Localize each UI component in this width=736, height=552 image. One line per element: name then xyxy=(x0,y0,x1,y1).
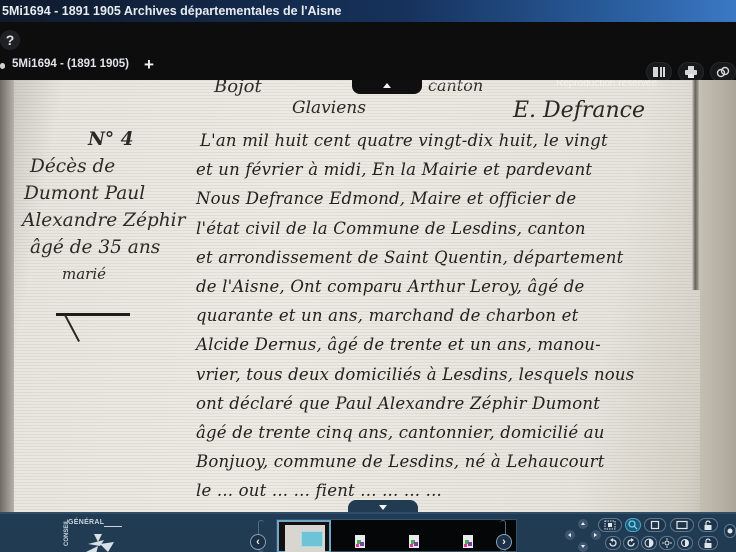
record-line: Bonjuoy, commune de Lesdins, né à Lehauc… xyxy=(196,447,696,476)
add-tab-button[interactable]: + xyxy=(144,55,154,75)
document-image-viewer[interactable]: Bojot canton Reproduction réservée Repro… xyxy=(0,80,736,512)
rotate-right-button[interactable] xyxy=(623,536,639,550)
margin-rule xyxy=(56,313,130,316)
record-line: et arrondissement de Saint Quentin, dépa… xyxy=(196,243,696,272)
link-icon xyxy=(716,66,730,78)
handwritten-record: L'an mil huit cent quatre vingt-dix huit… xyxy=(196,126,696,506)
record-line: le ... out ... ... fient ... ... ... ... xyxy=(196,476,696,505)
lock-view-button[interactable] xyxy=(698,518,718,532)
page-edge xyxy=(0,80,14,512)
viewport-indicator xyxy=(301,531,323,547)
logo-line xyxy=(104,526,122,527)
tab-status-icon xyxy=(0,63,5,69)
fit-width-icon xyxy=(675,520,689,530)
help-button[interactable]: ? xyxy=(0,30,20,50)
header-left-name: Glaviens xyxy=(292,98,366,118)
top-fragment-left: Bojot xyxy=(214,80,262,97)
zoom-button[interactable] xyxy=(625,518,641,532)
brightness-button[interactable] xyxy=(659,536,675,550)
record-line: de l'Aisne, Ont comparu Arthur Leroy, âg… xyxy=(196,272,696,301)
tab-register-5mi1694[interactable]: 5Mi1694 - (1891 1905) xyxy=(12,58,129,70)
margin-line: marié xyxy=(22,261,192,288)
caret-down-icon xyxy=(379,505,387,510)
pan-control xyxy=(563,519,603,552)
link-button[interactable] xyxy=(710,62,736,82)
record-line: Alcide Dernus, âgé de trente et un ans, … xyxy=(196,330,696,359)
margin-line: Dumont Paul xyxy=(22,180,192,207)
caret-up-icon xyxy=(383,83,391,88)
margin-line: âgé de 35 ans xyxy=(22,234,192,261)
invert-colors-button[interactable] xyxy=(677,536,693,550)
previous-page-button[interactable]: ‹ xyxy=(250,534,266,550)
header-signature: E. Defrance xyxy=(513,98,645,123)
thumbnail-strip xyxy=(276,519,517,552)
aisne-logo-icon xyxy=(84,532,118,552)
record-line: ont déclaré que Paul Alexandre Zéphir Du… xyxy=(196,389,696,418)
invert-icon xyxy=(680,538,690,548)
selection-zoom-icon xyxy=(604,520,616,530)
pan-left-button[interactable] xyxy=(565,530,575,540)
record-line: Nous Defrance Edmond, Maire et officier … xyxy=(196,184,696,213)
margin-line: Alexandre Zéphir xyxy=(22,207,192,234)
fit-page-icon xyxy=(650,520,660,530)
columns-view-button[interactable] xyxy=(646,62,672,82)
window-title: 5Mi1694 - 1891 1905 Archives département… xyxy=(2,4,342,18)
contrast-icon xyxy=(644,538,654,548)
unlock-icon xyxy=(703,520,713,531)
margin-line: Décès de xyxy=(22,153,192,180)
settings-icon xyxy=(726,526,734,536)
fit-page-button[interactable] xyxy=(644,518,666,532)
unlock-icon xyxy=(703,538,713,549)
lock-settings-button[interactable] xyxy=(698,536,718,550)
archive-viewer-window: 5Mi1694 - 1891 1905 Archives département… xyxy=(0,0,736,552)
margin-annotation: N° 4 Décès de Dumont Paul Alexandre Zéph… xyxy=(22,126,192,288)
record-line: âgé de trente cinq ans, cantonnier, domi… xyxy=(196,418,696,447)
contrast-button[interactable] xyxy=(641,536,657,550)
pan-right-button[interactable] xyxy=(591,530,601,540)
image-file-icon[interactable] xyxy=(409,535,419,548)
print-button[interactable] xyxy=(678,62,704,82)
thumbnail-current[interactable] xyxy=(277,520,331,552)
record-line: L'an mil huit cent quatre vingt-dix huit… xyxy=(196,126,696,155)
logo-text-general: GÉNÉRAL xyxy=(68,519,104,526)
act-number: N° 4 xyxy=(22,126,192,153)
image-file-icon[interactable] xyxy=(463,535,473,548)
printer-icon xyxy=(684,66,698,78)
image-file-icon[interactable] xyxy=(355,535,365,548)
record-line: vrier, tous deux domiciliés à Lesdins, l… xyxy=(196,360,696,389)
rotate-left-button[interactable] xyxy=(605,536,621,550)
brightness-icon xyxy=(662,538,672,548)
more-options-button[interactable] xyxy=(724,524,736,538)
columns-icon xyxy=(652,66,666,78)
record-line: et un février à midi, En la Mairie et pa… xyxy=(196,155,696,184)
next-page-button[interactable]: › xyxy=(496,534,512,550)
adjacent-page-strip xyxy=(700,80,736,512)
fit-width-button[interactable] xyxy=(670,518,694,532)
record-line: l'état civil de la Commune de Lesdins, c… xyxy=(196,214,696,243)
magnifier-icon xyxy=(628,520,638,530)
selection-zoom-button[interactable] xyxy=(598,518,622,532)
rotate-right-icon xyxy=(626,538,636,548)
pan-up-button[interactable] xyxy=(578,519,588,529)
rotate-left-icon xyxy=(608,538,618,548)
record-line: quarante et un ans, marchand de charbon … xyxy=(196,301,696,330)
window-title-bar: 5Mi1694 - 1891 1905 Archives département… xyxy=(0,0,736,22)
logo-text-conseil: CONSEIL xyxy=(64,519,70,546)
watermark: Reproduction réservée xyxy=(556,80,657,89)
collapse-toolbar-tab[interactable] xyxy=(352,80,422,94)
tab-bar: 5Mi1694 - (1891 1905) + xyxy=(0,54,736,78)
pan-down-button[interactable] xyxy=(578,542,588,552)
